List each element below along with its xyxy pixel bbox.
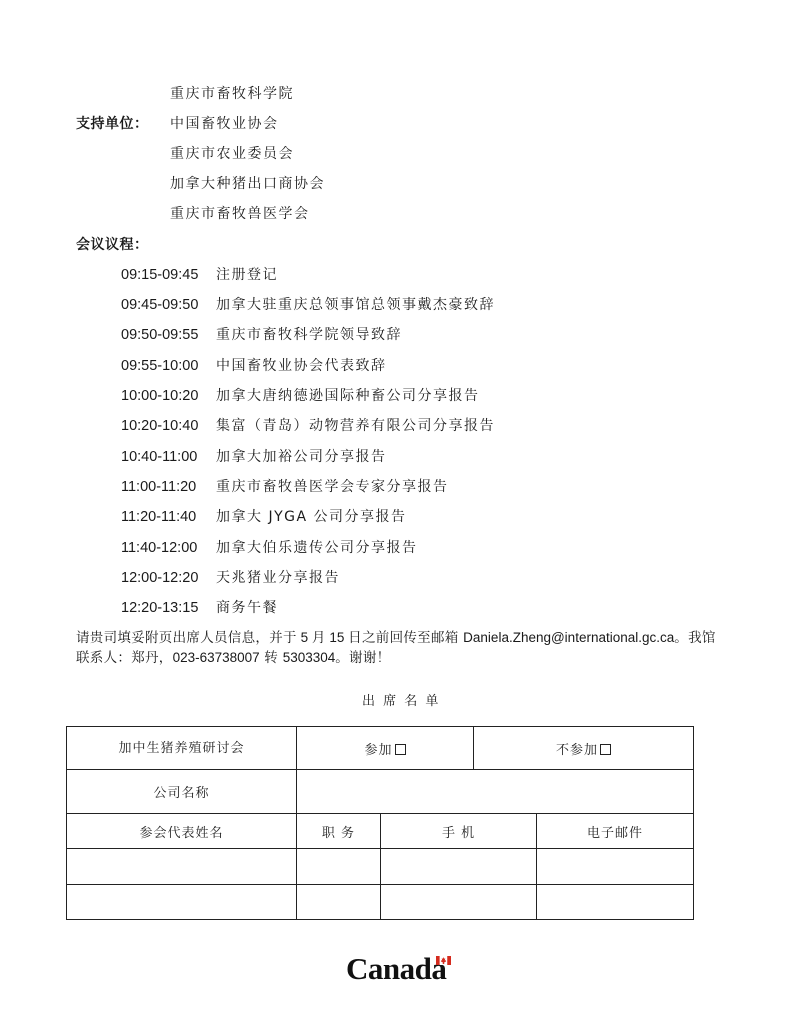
notice-text: 请贵司填妥附页出席人员信息，并于 (76, 630, 297, 646)
event-name-cell: 加中生猪养殖研讨会 (67, 727, 297, 770)
agenda-row: 11:40-12:00加拿大伯乐遗传公司分享报告 (0, 539, 800, 557)
agenda-row: 11:20-11:40加拿大 JYGA 公司分享报告 (0, 508, 800, 526)
agenda-row: 10:20-10:40集富（青岛）动物营养有限公司分享报告 (0, 417, 800, 435)
agenda-row: 09:15-09:45注册登记 (0, 266, 800, 284)
notice-day: 15 (326, 630, 349, 645)
table-row (67, 849, 694, 885)
agenda-time: 11:20-11:40 (121, 508, 196, 526)
agenda-time: 09:45-09:50 (121, 296, 198, 314)
attend-label: 参加 (365, 743, 393, 758)
agenda-time: 09:50-09:55 (121, 326, 198, 344)
form-row-event: 加中生猪养殖研讨会 参加 不参加 (67, 727, 694, 770)
organizer-name: 重庆市畜牧科学院 (170, 85, 294, 103)
notice-month: 5 (297, 630, 312, 645)
agenda-row: 09:55-10:00中国畜牧业协会代表致辞 (0, 357, 800, 375)
attendee-title-field[interactable] (297, 885, 381, 920)
agenda-item: 商务午餐 (216, 599, 278, 617)
column-header-title: 职 务 (297, 814, 381, 849)
agenda-time: 09:15-09:45 (121, 266, 198, 284)
agenda-row: 09:45-09:50加拿大驻重庆总领事馆总领事戴杰豪致辞 (0, 296, 800, 314)
agenda-time: 10:40-11:00 (121, 448, 197, 466)
agenda-row: 11:00-11:20重庆市畜牧兽医学会专家分享报告 (0, 478, 800, 496)
attend-checkbox[interactable] (395, 744, 406, 755)
attendee-name-field[interactable] (67, 849, 297, 885)
agenda-time: 10:20-10:40 (121, 417, 198, 435)
notice-text: 日之前回传至邮箱 (348, 630, 463, 646)
agenda-time: 11:00-11:20 (121, 478, 196, 496)
agenda-row: 12:20-13:15商务午餐 (0, 599, 800, 617)
agenda-item: 加拿大伯乐遗传公司分享报告 (216, 539, 418, 557)
agenda-time: 12:00-12:20 (121, 569, 198, 587)
agenda-item: 加拿大 JYGA 公司分享报告 (216, 508, 407, 526)
attendee-mobile-field[interactable] (381, 849, 537, 885)
column-header-email: 电子邮件 (537, 814, 694, 849)
form-header-row: 参会代表姓名 职 务 手 机 电子邮件 (67, 814, 694, 849)
supporters-label: 支持单位： (76, 115, 149, 133)
agenda-time: 10:00-10:20 (121, 387, 198, 405)
notice-text: 。谢谢！ (335, 650, 390, 666)
agenda-row: 09:50-09:55重庆市畜牧科学院领导致辞 (0, 326, 800, 344)
company-name-field[interactable] (297, 770, 694, 814)
form-row-company: 公司名称 (67, 770, 694, 814)
agenda-item: 加拿大驻重庆总领事馆总领事戴杰豪致辞 (216, 296, 495, 314)
not-attend-label: 不参加 (556, 743, 598, 758)
notice-text: 联系人：郑丹， (76, 650, 173, 666)
agenda-item: 重庆市畜牧科学院领导致辞 (216, 326, 402, 344)
notice-text: 月 (312, 630, 326, 646)
attendance-form-table: 加中生猪养殖研讨会 参加 不参加 公司名称 参会代表姓名 职 务 手 机 电子邮… (66, 726, 694, 920)
notice-line-1: 请贵司填妥附页出席人员信息，并于 5 月 15 日之前回传至邮箱 Daniela… (76, 629, 716, 647)
canada-flag-icon (436, 956, 451, 965)
supporter-item: 重庆市畜牧兽医学会 (170, 205, 310, 223)
supporter-item: 中国畜牧业协会 (170, 115, 279, 133)
attendee-name-field[interactable] (67, 885, 297, 920)
contact-extension: 5303304 (283, 650, 336, 665)
agenda-time: 11:40-12:00 (121, 539, 197, 557)
supporter-item: 重庆市农业委员会 (170, 145, 294, 163)
agenda-row: 10:40-11:00加拿大加裕公司分享报告 (0, 448, 800, 466)
agenda-row: 12:00-12:20天兆猪业分享报告 (0, 569, 800, 587)
agenda-item: 重庆市畜牧兽医学会专家分享报告 (216, 478, 449, 496)
agenda-item: 加拿大加裕公司分享报告 (216, 448, 387, 466)
agenda-time: 12:20-13:15 (121, 599, 198, 617)
agenda-item: 集富（青岛）动物营养有限公司分享报告 (216, 417, 495, 435)
canada-wordmark-logo: Canada (346, 951, 446, 987)
not-attend-checkbox[interactable] (600, 744, 611, 755)
not-attend-option-cell[interactable]: 不参加 (474, 727, 694, 770)
agenda-item: 注册登记 (216, 266, 278, 284)
attendee-mobile-field[interactable] (381, 885, 537, 920)
company-label: 公司名称 (153, 786, 209, 801)
agenda-time: 09:55-10:00 (121, 357, 198, 375)
attendee-title-field[interactable] (297, 849, 381, 885)
table-row (67, 885, 694, 920)
agenda-item: 中国畜牧业协会代表致辞 (216, 357, 387, 375)
notice-line-2: 联系人：郑丹，023-63738007 转 5303304。谢谢！ (76, 649, 390, 667)
company-label-cell: 公司名称 (67, 770, 297, 814)
notice-text: 。我馆 (674, 630, 715, 646)
supporter-item: 加拿大种猪出口商协会 (170, 175, 325, 193)
attend-option-cell[interactable]: 参加 (297, 727, 474, 770)
agenda-item: 天兆猪业分享报告 (216, 569, 340, 587)
event-name: 加中生猪养殖研讨会 (118, 741, 244, 756)
agenda-item: 加拿大唐纳德逊国际种畜公司分享报告 (216, 387, 480, 405)
attendee-email-field[interactable] (537, 885, 694, 920)
form-title: 出 席 名 单 (362, 690, 440, 709)
contact-email[interactable]: Daniela.Zheng@international.gc.ca (463, 630, 674, 645)
column-header-name: 参会代表姓名 (67, 814, 297, 849)
contact-phone: 023-63738007 (173, 650, 260, 665)
attendee-email-field[interactable] (537, 849, 694, 885)
agenda-row: 10:00-10:20加拿大唐纳德逊国际种畜公司分享报告 (0, 387, 800, 405)
notice-text: 转 (260, 650, 283, 666)
column-header-mobile: 手 机 (381, 814, 537, 849)
agenda-label: 会议议程： (76, 236, 149, 254)
